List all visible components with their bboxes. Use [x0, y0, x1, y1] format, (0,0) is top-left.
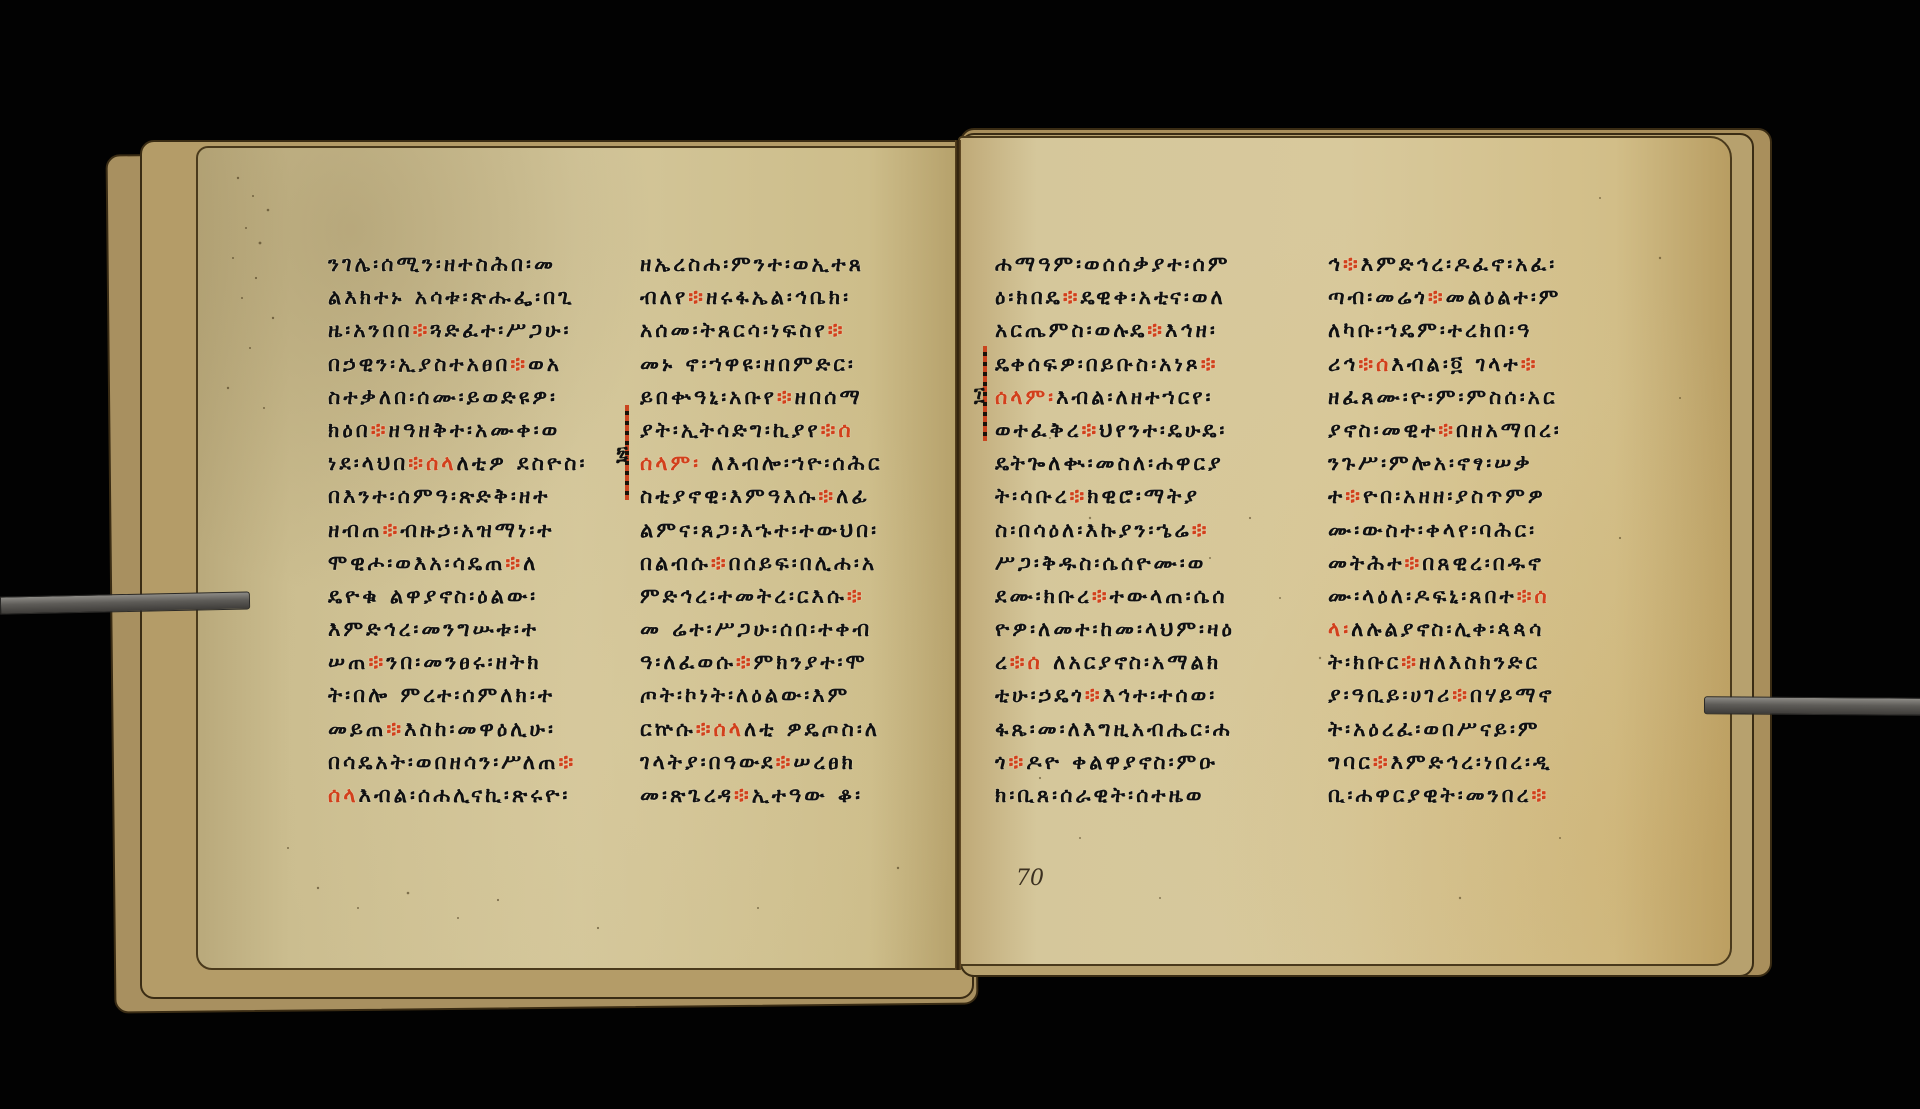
manuscript-line: ዜ፡አንበበ፨ጓድፈተ፡ሥጋሁ፡: [328, 314, 587, 347]
manuscript-line: ጦት፡ኮነት፡ለዕልው፡እም: [640, 679, 882, 712]
manuscript-line: ይበቍዓኒ፡አቡየ፨ዘበሰማ: [640, 381, 882, 414]
rubric-text: ፨: [1008, 750, 1026, 774]
rubric-text: ፨ሰ: [821, 418, 854, 442]
rubric-text: ሰላም፡: [640, 451, 701, 475]
rubric-text: ፨: [1092, 584, 1110, 608]
manuscript-line: ሰላም፡ ለእብሎ፡ኀዮ፡ሰሕር: [640, 447, 882, 480]
marginal-note-right: ፲: [972, 346, 998, 441]
manuscript-line: መኑ ኖ፡ኀዋዩ፡ዘበምድር፡: [640, 348, 882, 381]
rubric-text: ፨: [371, 418, 389, 442]
manuscript-line: ሪኅ፨ሰእብል፡፬ ገላተ፨: [1328, 348, 1562, 381]
rubric-text: ፨: [1531, 783, 1549, 807]
manuscript-line: ንገሌ፡ሰሚን፡ዘተስሕበ፡መ: [328, 248, 587, 281]
text-column-left-1: ንገሌ፡ሰሚን፡ዘተስሕበ፡መልእክተኑ አሳቱ፡ጽሑፌ፡በጊዜ፡አንበበ፨ጓድ…: [328, 248, 587, 812]
manuscript-line: ቲሁ፡ኃዴጎ፨እኅተ፡ተሰወ፡: [995, 679, 1235, 712]
rubric-text: ፨: [736, 650, 754, 674]
rubric-text: ፨: [386, 717, 404, 741]
text-column-right-2: ኅ፨እምድኅረ፡ዶፈኖ፡አፈ፡ጣብ፡መሬጎ፨መልዕልተ፡ምለካቡ፡ኀዴም፡ተረክ…: [1328, 248, 1562, 812]
rubric-text: ሰላ: [328, 783, 359, 807]
manuscript-line: በእንተ፡ሰምዓ፡ጽድቅ፡ዘተ: [328, 480, 587, 513]
rubric-text: ፨: [1452, 683, 1470, 707]
rubric-text: ፨: [734, 783, 752, 807]
manuscript-line: ጣብ፡መሬጎ፨መልዕልተ፡ም: [1328, 281, 1562, 314]
rubric-text: ፨: [1201, 352, 1219, 376]
manuscript-line: ሠጠ፨ንበ፡መንፀሩ፡ዘትክ: [328, 646, 587, 679]
manuscript-line: ርኵሱ፨ሰላለቲ ዎዴጦስ፡ለ: [640, 713, 882, 746]
rubric-text: ፨: [505, 551, 523, 575]
manuscript-line: ሙ፡ውስተ፡ቀላየ፡ባሕር፡: [1328, 514, 1562, 547]
manuscript-line: ዴትጐለቊ፡መስለ፡ሐዋርያ: [995, 447, 1235, 480]
rubric-text: ፨: [828, 318, 846, 342]
rubric-text: ፨ሰ: [1358, 352, 1391, 376]
manuscript-line: በልብሱ፨በሰይፍ፡በሊሐ፡አ: [640, 547, 882, 580]
manuscript-line: ተ፨ዮበ፡አዘዘ፡ያስጥምዎ: [1328, 480, 1562, 513]
manuscript-line: ያት፡ኢትሳድግ፡ኪያየ፨ሰ: [640, 414, 882, 447]
manuscript-line: ዘፈጸሙ፡ዮ፡ም፡ምስሰ፡አር: [1328, 381, 1562, 414]
rubric-text: ፨: [847, 584, 865, 608]
rubric-text: ፨: [711, 551, 729, 575]
rubric-text: ላ፡: [1328, 617, 1351, 641]
manuscript-line: መ ሬተ፡ሥጋሁ፡ሰበ፡ተቀብ: [640, 613, 882, 646]
marginal-note-left: ፯: [614, 405, 640, 500]
rubric-text: ፨: [1069, 484, 1087, 508]
manuscript-line: ሐማዓም፡ወሰሰቃያተ፡ሰም: [995, 248, 1235, 281]
marginal-numeral: ፲: [974, 382, 985, 406]
manuscript-line: ክዕበ፨ዘዓዘቅተ፡አሙቀ፡ወ: [328, 414, 587, 447]
rubric-text: ፨: [1405, 551, 1423, 575]
rubric-text: ፨: [1081, 418, 1099, 442]
manuscript-line: ዓ፡ለፈወሱ፨ምክንያተ፡ሞ: [640, 646, 882, 679]
manuscript-line: ጎ፨ዶዮ ቀልዋያኖስ፡ምዑ: [995, 746, 1235, 779]
rubric-text: ፨: [688, 285, 706, 309]
rubric-text: ፨: [776, 750, 794, 774]
manuscript-line: ዕ፡ክበዴ፨ዴዊቀ፡አቲና፡ወለ: [995, 281, 1235, 314]
manuscript-line: ኅ፨እምድኅረ፡ዶፈኖ፡አፈ፡: [1328, 248, 1562, 281]
rubric-text: ፨: [818, 484, 836, 508]
rubric-text: ፨: [1438, 418, 1456, 442]
rubric-text: ፨: [413, 318, 431, 342]
manuscript-line: አርጤምስ፡ወሉዴ፨እኅዘ፡: [995, 314, 1235, 347]
manuscript-line: ክ፡ቢጸ፡ሰራዊት፡ሰተዜወ: [995, 779, 1235, 812]
manuscript-line: ሥጋ፡ቅዱስ፡ሴሰዮሙ፡ወ: [995, 547, 1235, 580]
marginal-numeral: ፯: [616, 441, 628, 465]
manuscript-line: ዘብጠ፨ብዙኃ፡አዝማነ፡ተ: [328, 514, 587, 547]
rubric-text: ፨: [1343, 252, 1361, 276]
manuscript-line: ልምና፡ጸጋ፡እኁተ፡ተውህበ፡: [640, 514, 882, 547]
manuscript-line: ስ፡በሳዕለ፡እኩያን፡ኄሬ፨: [995, 514, 1235, 547]
manuscript-line: ግባር፨እምድኅረ፡ነበረ፡ዲ: [1328, 746, 1562, 779]
rubric-text: ፨: [1063, 285, 1081, 309]
manuscript-line: ላ፡ለሉልያኖስ፡ሊቀ፡ጳጳሳ: [1328, 613, 1562, 646]
book-spine: [955, 140, 961, 970]
manuscript-line: ብለየ፨ዘሩፋኤል፡ኅቤክ፡: [640, 281, 882, 314]
page-number: 70: [1016, 866, 1044, 891]
manuscript-line: ስተቃለበ፡ሰሙ፡ይወድዩዎ፡: [328, 381, 587, 414]
manuscript-line: ት፡ሳቡረ፨ክዊሮ፡ማትያ: [995, 480, 1235, 513]
rubric-text: ፨ሰ: [1010, 650, 1043, 674]
manuscript-line: ሞዊሖ፡ወእአ፡ሳዴጠ፨ለ: [328, 547, 587, 580]
manuscript-line: ዴቀሰፍዎ፡በይቡስ፡አነጾ፨: [995, 348, 1235, 381]
manuscript-line: ሙ፡ላዕለ፡ዶፍኒ፡ጸበተ፨ሰ: [1328, 580, 1562, 613]
rubric-text: ሰላም፡: [995, 385, 1056, 409]
manuscript-line: ዮዎ፡ለመተ፡ከመ፡ላህም፡ዛዕ: [995, 613, 1235, 646]
manuscript-line: ፋጼ፡መ፡ለእግዚአብሔር፡ሐ: [995, 713, 1235, 746]
text-column-left-2: ዘኤረስሐ፡ምንተ፡ወኢተጸብለየ፨ዘሩፋኤል፡ኅቤክ፡አሰመ፡ትጸርሳ፡ነፍስ…: [640, 248, 882, 812]
rubric-text: ፨: [1428, 285, 1446, 309]
manuscript-line: መትሕተ፨በጸዊረ፡በዱኖ: [1328, 547, 1562, 580]
rubric-text: ፨: [1147, 318, 1165, 342]
manuscript-line: ሰላእብል፡ሰሐሊናኪ፡ጽሩዮ፡: [328, 779, 587, 812]
metal-clip-right: [1704, 696, 1920, 716]
manuscript-line: ያ፡ዓቢይ፡ሀገሪ፨በሃይማኖ: [1328, 679, 1562, 712]
rubric-text: ፨: [1192, 518, 1210, 542]
manuscript-line: ወተፈቅረ፨ህየንተ፡ዴሁዴ፡: [995, 414, 1235, 447]
text-column-right-1: ሐማዓም፡ወሰሰቃያተ፡ሰምዕ፡ክበዴ፨ዴዊቀ፡አቲና፡ወለአርጤምስ፡ወሉዴ፨…: [995, 248, 1235, 812]
manuscript-photo: ንገሌ፡ሰሚን፡ዘተስሕበ፡መልእክተኑ አሳቱ፡ጽሑፌ፡በጊዜ፡አንበበ፨ጓድ…: [0, 0, 1920, 1109]
manuscript-line: አሰመ፡ትጸርሳ፡ነፍስየ፨: [640, 314, 882, 347]
manuscript-line: ት፡ክቡር፨ዘለእስክንድር: [1328, 646, 1562, 679]
rubric-text: ሰላ: [713, 717, 744, 741]
rubric-text: ፨: [1401, 650, 1419, 674]
manuscript-line: መይጠ፨እስከ፡መዋዕሊሁ፡: [328, 713, 587, 746]
rubric-text: ፨ሰ: [1517, 584, 1550, 608]
rubric-text: ፨: [1521, 352, 1539, 376]
manuscript-line: ደሙ፡ክቡረ፨ተውላጠ፡ሴሰ: [995, 580, 1235, 613]
manuscript-line: ት፡አዕረፈ፡ወበሥናይ፡ም: [1328, 713, 1562, 746]
rubric-text: ፨: [408, 451, 426, 475]
manuscript-line: መ፡ጽጌረዳ፨ኢተዓው ቆ፡: [640, 779, 882, 812]
manuscript-line: በኃዊን፡ኢያስተአፀበ፨ወአ: [328, 348, 587, 381]
manuscript-line: ዘኤረስሐ፡ምንተ፡ወኢተጸ: [640, 248, 882, 281]
manuscript-line: ስቲያኖዊ፡እምዓእሱ፨ለፊ: [640, 480, 882, 513]
manuscript-line: ነደ፡ላህበ፨ሰላለቲዎ ደስዮስ፡: [328, 447, 587, 480]
manuscript-line: ዴዮቁ ልዋያኖስ፡ዕልው፡: [328, 580, 587, 613]
rubric-text: ፨: [510, 352, 528, 376]
manuscript-line: ለካቡ፡ኀዴም፡ተረክበ፡ዓ: [1328, 314, 1562, 347]
rubric-text: ፨: [369, 650, 387, 674]
manuscript-line: ምድኅረ፡ተመትረ፡ርእሱ፨: [640, 580, 882, 613]
rubric-text: ፨: [1373, 750, 1391, 774]
rubric-text: ፨: [383, 518, 401, 542]
rubric-text: ፨: [696, 717, 714, 741]
manuscript-line: ገላትያ፡በዓውደ፨ሠረፀክ: [640, 746, 882, 779]
manuscript-line: ቢ፡ሐዋርያዊት፡መንበረ፨: [1328, 779, 1562, 812]
rubric-text: ሰላ: [426, 451, 457, 475]
rubric-text: ፨: [1345, 484, 1363, 508]
rubric-text: ፨: [559, 750, 577, 774]
manuscript-line: እምድኅረ፡መንግሡቱ፡ተ: [328, 613, 587, 646]
manuscript-line: ሰላም፡እብል፡ለዘተኀርየ፡: [995, 381, 1235, 414]
manuscript-line: ት፡በሎ ምረተ፡ሰምለክ፡ተ: [328, 679, 587, 712]
manuscript-line: ልእክተኑ አሳቱ፡ጽሑፌ፡በጊ: [328, 281, 587, 314]
rubric-text: ፨: [777, 385, 795, 409]
manuscript-line: ንጉሥ፡ምሎአ፡ኖፃ፡ሠቃ: [1328, 447, 1562, 480]
manuscript-line: በሳዴአት፡ወበዘሳን፡ሥለጠ፨: [328, 746, 587, 779]
rubric-text: ፨: [1085, 683, 1103, 707]
manuscript-line: ያኖስ፡መዊተ፨በዘአማበረ፡: [1328, 414, 1562, 447]
manuscript-line: ረ፨ሰ ለአርያኖስ፡አማልክ: [995, 646, 1235, 679]
